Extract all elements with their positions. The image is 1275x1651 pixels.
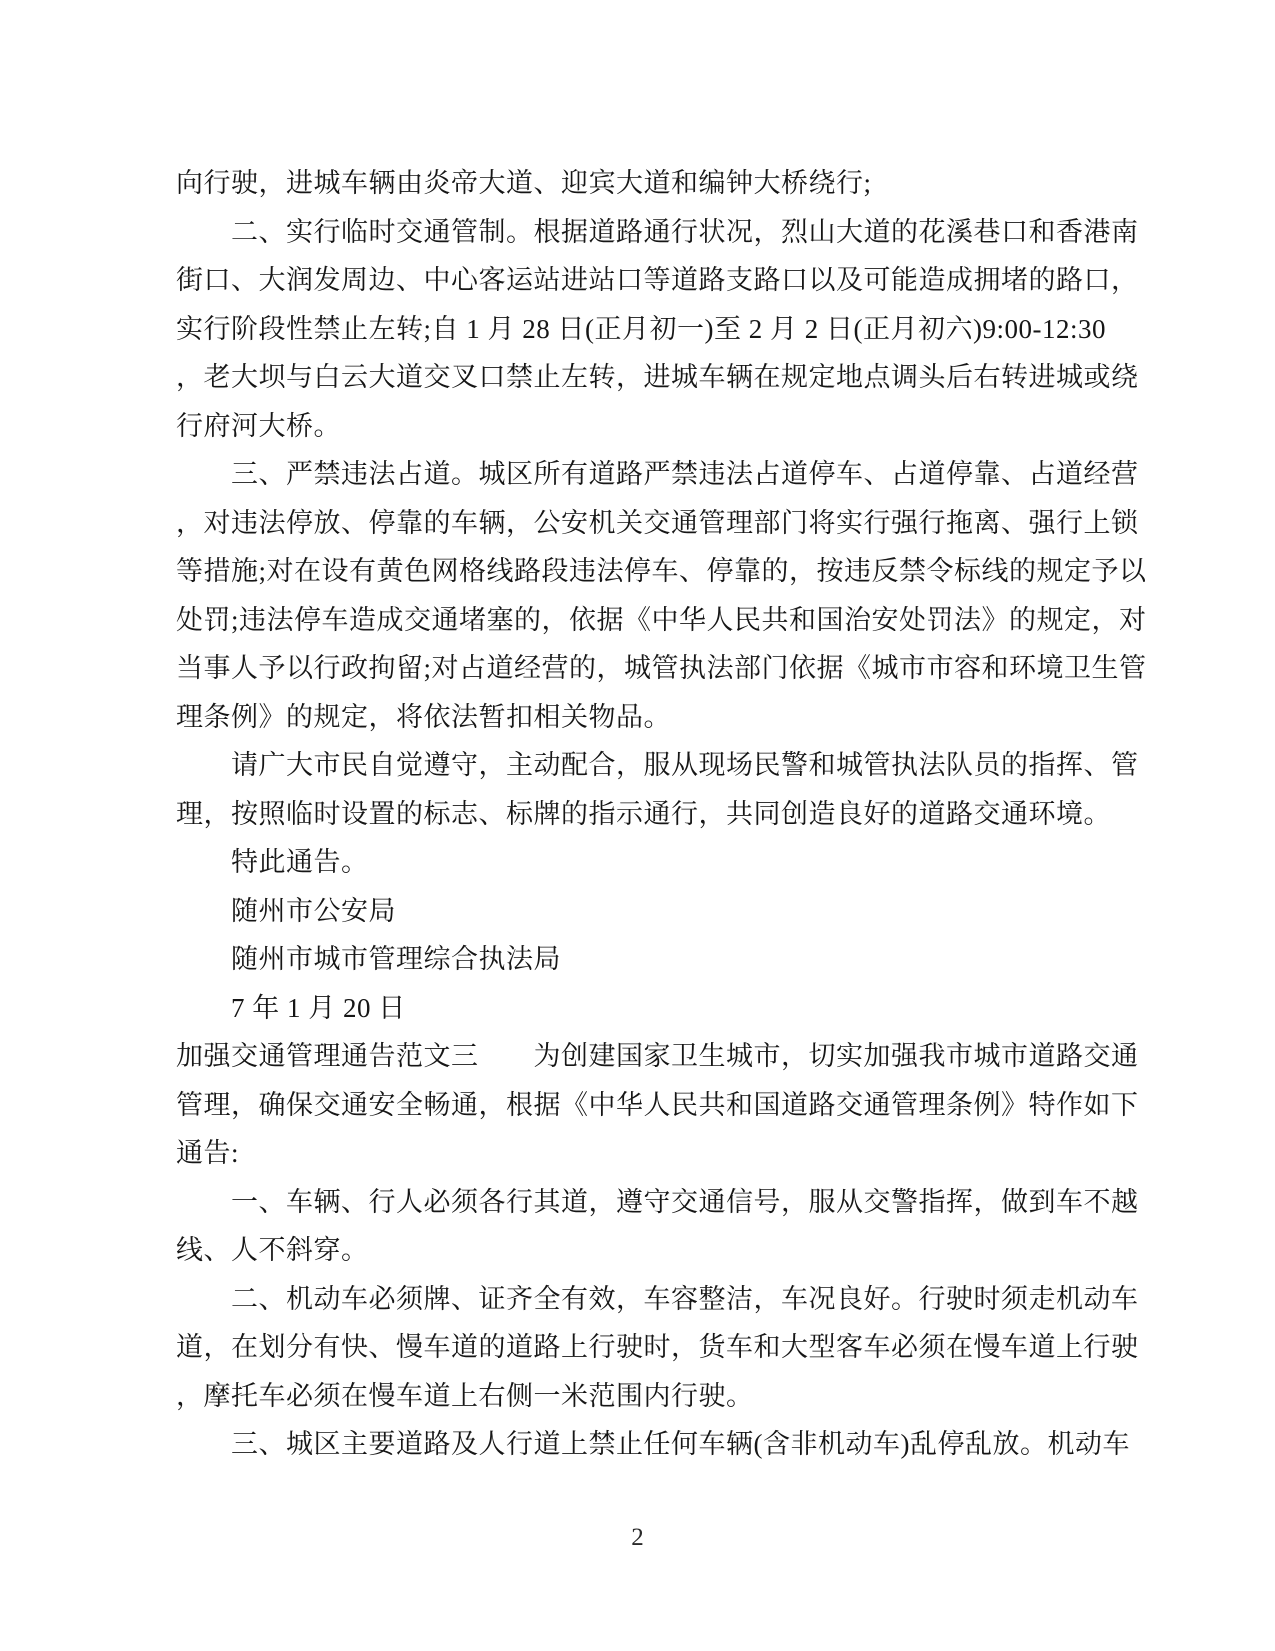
text-line: 理条例》的规定，将依法暂扣相关物品。 <box>176 693 1156 742</box>
text-line: 街口、大润发周边、中心客运站进站口等道路支路口以及可能造成拥堵的路口， <box>176 256 1156 305</box>
text-line: ，摩托车必须在慢车道上右侧一米范围内行驶。 <box>176 1372 1156 1421</box>
text-line: 管理，确保交通安全畅通，根据《中华人民共和国道路交通管理条例》特作如下 <box>176 1081 1156 1130</box>
text-line: 理，按照临时设置的标志、标牌的指示通行，共同创造良好的道路交通环境。 <box>176 790 1156 839</box>
text-line: 通告: <box>176 1129 1156 1178</box>
text-line: 线、人不斜穿。 <box>176 1226 1156 1275</box>
text-line: ，对违法停放、停靠的车辆，公安机关交通管理部门将实行强行拖离、强行上锁 <box>176 499 1156 548</box>
text-line: 三、严禁违法占道。城区所有道路严禁违法占道停车、占道停靠、占道经营 <box>176 450 1156 499</box>
text-line: 等措施;对在设有黄色网格线路段违法停车、停靠的，按违反禁令标线的规定予以 <box>176 547 1156 596</box>
text-line: 向行驶，进城车辆由炎帝大道、迎宾大道和编钟大桥绕行; <box>176 159 1156 208</box>
text-line: 请广大市民自觉遵守，主动配合，服从现场民警和城管执法队员的指挥、管 <box>176 741 1156 790</box>
document-page: 向行驶，进城车辆由炎帝大道、迎宾大道和编钟大桥绕行;二、实行临时交通管制。根据道… <box>0 0 1275 1651</box>
text-line: ，老大坝与白云大道交叉口禁止左转，进城车辆在规定地点调头后右转进城或绕 <box>176 353 1156 402</box>
document-body: 向行驶，进城车辆由炎帝大道、迎宾大道和编钟大桥绕行;二、实行临时交通管制。根据道… <box>176 159 1156 1469</box>
text-line: 随州市城市管理综合执法局 <box>176 935 1156 984</box>
text-line: 三、城区主要道路及人行道上禁止任何车辆(含非机动车)乱停乱放。机动车 <box>176 1420 1156 1469</box>
text-line: 加强交通管理通告范文三 为创建国家卫生城市，切实加强我市城市道路交通 <box>176 1032 1156 1081</box>
text-line: 行府河大桥。 <box>176 402 1156 451</box>
text-line: 处罚;违法停车造成交通堵塞的，依据《中华人民共和国治安处罚法》的规定，对 <box>176 596 1156 645</box>
text-line: 实行阶段性禁止左转;自 1 月 28 日(正月初一)至 2 月 2 日(正月初六… <box>176 305 1156 354</box>
text-line: 道，在划分有快、慢车道的道路上行驶时，货车和大型客车必须在慢车道上行驶 <box>176 1323 1156 1372</box>
text-line: 7 年 1 月 20 日 <box>176 984 1156 1033</box>
text-line: 随州市公安局 <box>176 887 1156 936</box>
page-number: 2 <box>0 1514 1275 1562</box>
text-line: 二、机动车必须牌、证齐全有效，车容整洁，车况良好。行驶时须走机动车 <box>176 1275 1156 1324</box>
text-line: 二、实行临时交通管制。根据道路通行状况，烈山大道的花溪巷口和香港南 <box>176 208 1156 257</box>
text-line: 一、车辆、行人必须各行其道，遵守交通信号，服从交警指挥，做到车不越 <box>176 1178 1156 1227</box>
text-line: 特此通告。 <box>176 838 1156 887</box>
text-line: 当事人予以行政拘留;对占道经营的，城管执法部门依据《城市市容和环境卫生管 <box>176 644 1156 693</box>
